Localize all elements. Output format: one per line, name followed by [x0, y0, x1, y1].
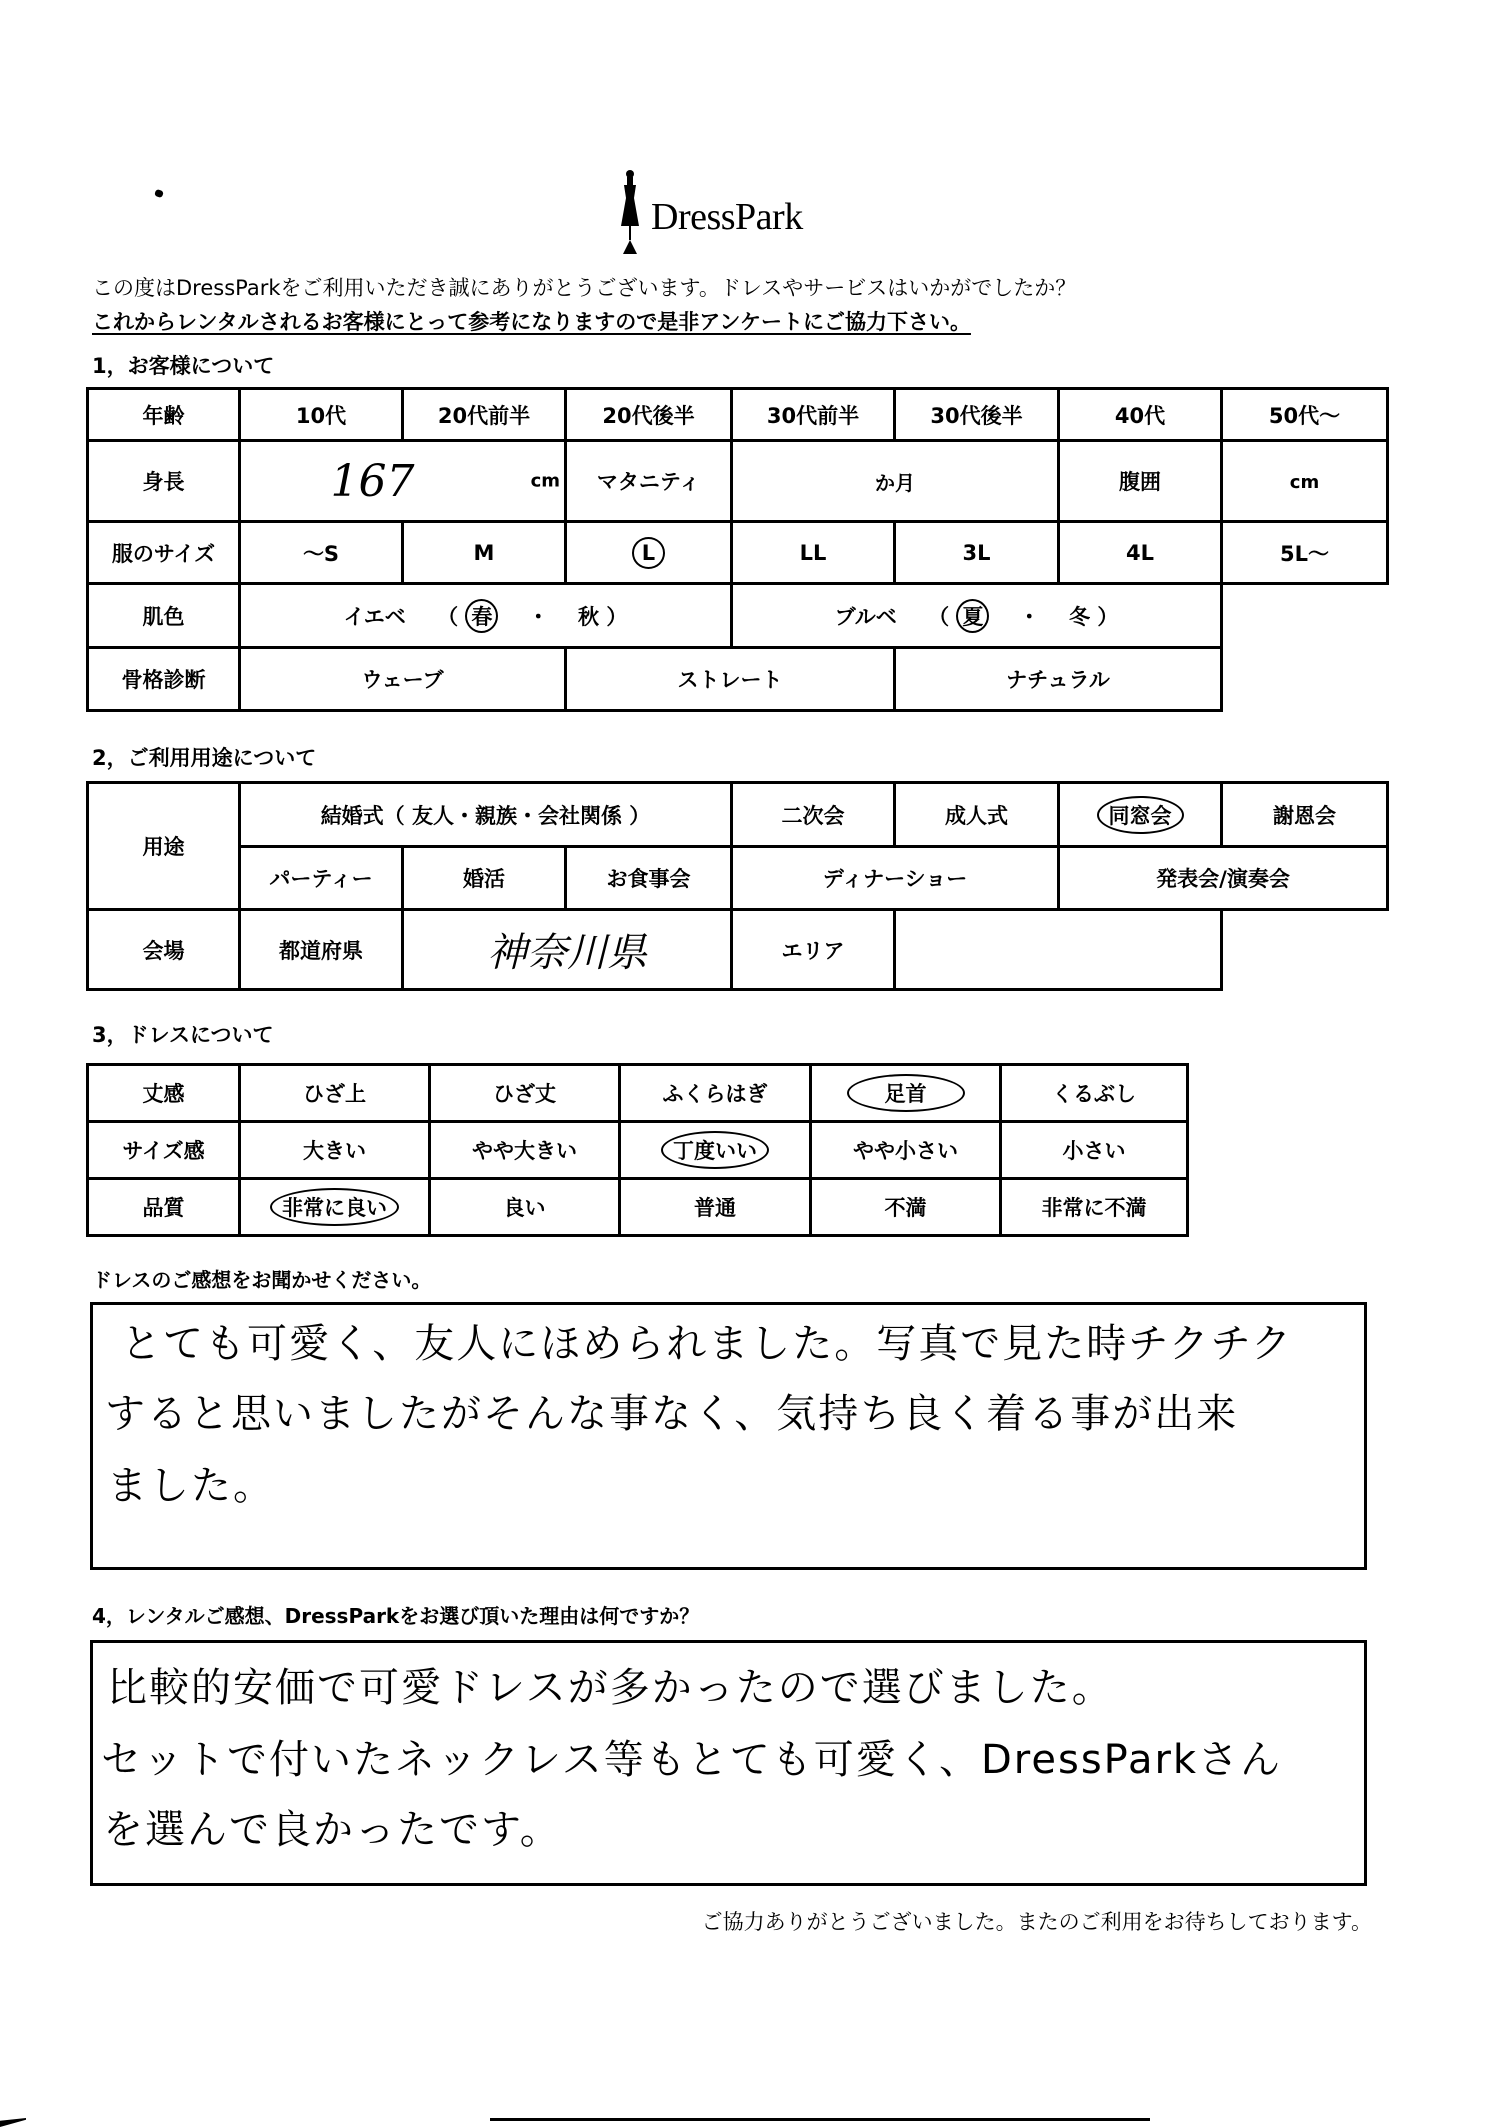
skin-yellow-label: イエベ: [344, 605, 406, 629]
dress-comment-box[interactable]: とても可愛く、友人にほめられました。写真で見た時チクチク すると思いましたがそん…: [90, 1302, 1367, 1570]
purpose-option-selected[interactable]: 同窓会: [1059, 783, 1222, 847]
skin-yellow-option[interactable]: イエベ （ 春 ・ 秋 ）: [240, 584, 732, 648]
purpose-option[interactable]: 婚活: [403, 847, 566, 910]
skin-blue-label: ブルベ: [835, 605, 897, 629]
size-option[interactable]: 3L: [895, 522, 1059, 584]
purpose-option[interactable]: 発表会/演奏会: [1059, 847, 1388, 910]
size-option[interactable]: 5L～: [1222, 522, 1388, 584]
dress-mannequin-icon: [615, 168, 645, 260]
quality-option[interactable]: 普通: [620, 1179, 811, 1236]
quality-option[interactable]: 非常に不満: [1001, 1179, 1188, 1236]
age-option[interactable]: 20代後半: [566, 389, 732, 441]
fit-label: サイズ感: [88, 1122, 240, 1179]
height-unit: cm: [531, 471, 560, 492]
purpose-option[interactable]: 二次会: [732, 783, 895, 847]
selection-circle: 丁度いい: [661, 1131, 769, 1169]
paren-open: （: [437, 605, 458, 629]
purpose-row-1: 用途 結婚式（ 友人・親族・会社関係 ） 二次会 成人式 同窓会 謝恩会: [88, 783, 1388, 847]
purpose-row-2: パーティー 婚活 お食事会 ディナーショー 発表会/演奏会: [88, 847, 1388, 910]
separator: ・: [1019, 605, 1040, 629]
age-option[interactable]: 10代: [240, 389, 403, 441]
size-row: 服のサイズ ～S M L LL 3L 4L 5L～: [88, 522, 1388, 584]
prefecture-value: 神奈川県: [487, 930, 647, 976]
dress-comment-line: すると思いましたがそんな事なく、気持ち良く着る事が出来: [105, 1383, 1238, 1445]
selection-circle: L: [632, 537, 665, 569]
size-option[interactable]: LL: [732, 522, 895, 584]
intro-text: この度はDressParkをご利用いただき誠にありがとうございます。ドレスやサー…: [92, 272, 1076, 302]
quality-option[interactable]: 良い: [430, 1179, 620, 1236]
brand-name: DressPark: [651, 195, 803, 239]
scan-speck: [154, 189, 164, 198]
prefecture-label: 都道府県: [240, 910, 403, 990]
selection-circle: 足首: [847, 1074, 965, 1112]
skin-blue-option[interactable]: ブルベ （ 夏 ・ 冬 ）: [732, 584, 1222, 648]
age-option[interactable]: 50代～: [1222, 389, 1388, 441]
purpose-option[interactable]: お食事会: [566, 847, 732, 910]
area-label: エリア: [732, 910, 895, 990]
section4-heading: 4，レンタルご感想、DressParkをお選び頂いた理由は何ですか？: [92, 1600, 699, 1629]
frame-option[interactable]: ストレート: [566, 648, 895, 711]
purpose-option[interactable]: パーティー: [240, 847, 403, 910]
paren-close: ）: [1097, 605, 1118, 629]
quality-row: 品質 非常に良い 良い 普通 不満 非常に不満: [88, 1179, 1188, 1236]
age-option[interactable]: 30代前半: [732, 389, 895, 441]
quality-label: 品質: [88, 1179, 240, 1236]
scan-edge-mark: [0, 2118, 26, 2127]
age-option[interactable]: 40代: [1059, 389, 1222, 441]
skin-autumn[interactable]: 秋: [578, 605, 599, 629]
section2-heading: 2，ご利用用途について: [92, 742, 316, 772]
skin-label: 肌色: [88, 584, 240, 648]
size-option[interactable]: ～S: [240, 522, 403, 584]
frame-row: 骨格診断 ウェーブ ストレート ナチュラル: [88, 648, 1388, 711]
dress-comment-label: ドレスのご感想をお聞かせください。: [92, 1264, 431, 1293]
maternity-months-unit: か月: [875, 471, 915, 495]
age-row: 年齢 10代 20代前半 20代後半 30代前半 30代後半 40代 50代～: [88, 389, 1388, 441]
reason-line: 比較的安価で可愛ドレスが多かったので選びました。: [107, 1657, 1114, 1719]
fit-option[interactable]: やや大きい: [430, 1122, 620, 1179]
frame-option[interactable]: ナチュラル: [895, 648, 1222, 711]
length-option[interactable]: くるぶし: [1001, 1065, 1188, 1122]
maternity-label: マタニティ: [566, 441, 732, 522]
frame-option[interactable]: ウェーブ: [240, 648, 566, 711]
age-label: 年齢: [88, 389, 240, 441]
brand-logo: DressPark: [615, 168, 803, 260]
reason-box[interactable]: 比較的安価で可愛ドレスが多かったので選びました。 セットで付いたネックレス等もと…: [90, 1640, 1367, 1886]
fit-option[interactable]: やや小さい: [811, 1122, 1001, 1179]
reason-line: を選んで良かったです。: [103, 1799, 562, 1861]
fit-row: サイズ感 大きい やや大きい 丁度いい やや小さい 小さい: [88, 1122, 1188, 1179]
empty-cell: [1222, 584, 1388, 648]
height-field[interactable]: 167 cm: [240, 441, 566, 522]
scan-edge-line: [490, 2118, 1150, 2121]
separator: ・: [528, 605, 549, 629]
dress-comment-line: とても可愛く、友人にほめられました。写真で見た時チクチク: [121, 1313, 1293, 1375]
size-option[interactable]: M: [403, 522, 566, 584]
waist-field[interactable]: cm: [1222, 441, 1388, 522]
skin-summer-selected[interactable]: 夏: [956, 599, 989, 633]
height-value: 167: [331, 456, 415, 507]
section1-heading: 1，お客様について: [92, 350, 274, 380]
length-option[interactable]: ふくらはぎ: [620, 1065, 811, 1122]
area-field[interactable]: [895, 910, 1222, 990]
paren-open: （: [928, 605, 949, 629]
venue-label: 会場: [88, 910, 240, 990]
length-option[interactable]: ひざ上: [240, 1065, 430, 1122]
purpose-option[interactable]: 成人式: [895, 783, 1059, 847]
usage-table: 用途 結婚式（ 友人・親族・会社関係 ） 二次会 成人式 同窓会 謝恩会 パーテ…: [86, 781, 1389, 991]
size-option-selected[interactable]: L: [566, 522, 732, 584]
length-row: 丈感 ひざ上 ひざ丈 ふくらはぎ 足首 くるぶし: [88, 1065, 1188, 1122]
intro-request: これからレンタルされるお客様にとって参考になりますので是非アンケートにご協力下さ…: [92, 306, 971, 336]
dress-table: 丈感 ひざ上 ひざ丈 ふくらはぎ 足首 くるぶし サイズ感 大きい やや大きい …: [86, 1063, 1189, 1237]
quality-option-selected[interactable]: 非常に良い: [240, 1179, 430, 1236]
selection-circle: 非常に良い: [270, 1188, 399, 1226]
age-option[interactable]: 20代前半: [403, 389, 566, 441]
empty-cell: [1222, 910, 1388, 990]
quality-option[interactable]: 不満: [811, 1179, 1001, 1236]
height-row: 身長 167 cm マタニティ か月 腹囲 cm: [88, 441, 1388, 522]
maternity-field[interactable]: か月: [732, 441, 1059, 522]
skin-winter[interactable]: 冬: [1069, 605, 1090, 629]
purpose-option[interactable]: 謝恩会: [1222, 783, 1388, 847]
section3-heading: 3，ドレスについて: [92, 1019, 274, 1049]
frame-label: 骨格診断: [88, 648, 240, 711]
skin-spring-selected[interactable]: 春: [465, 599, 498, 633]
purpose-option[interactable]: ディナーショー: [732, 847, 1059, 910]
customer-table: 年齢 10代 20代前半 20代後半 30代前半 30代後半 40代 50代～ …: [86, 387, 1389, 712]
size-label: 服のサイズ: [88, 522, 240, 584]
purpose-label: 用途: [88, 783, 240, 910]
prefecture-field[interactable]: 神奈川県: [403, 910, 732, 990]
selection-circle: 同窓会: [1097, 796, 1184, 834]
size-option[interactable]: 4L: [1059, 522, 1222, 584]
waist-unit: cm: [1290, 472, 1319, 493]
length-label: 丈感: [88, 1065, 240, 1122]
purpose-option[interactable]: 結婚式（ 友人・親族・会社関係 ）: [240, 783, 732, 847]
age-option[interactable]: 30代後半: [895, 389, 1059, 441]
paren-close: ）: [606, 605, 627, 629]
thank-you-footer: ご協力ありがとうございました。またのご利用をお待ちしております。: [702, 1906, 1372, 1936]
waist-label: 腹囲: [1059, 441, 1222, 522]
height-label: 身長: [88, 441, 240, 522]
venue-row: 会場 都道府県 神奈川県 エリア: [88, 910, 1388, 990]
length-option[interactable]: ひざ丈: [430, 1065, 620, 1122]
fit-option[interactable]: 大きい: [240, 1122, 430, 1179]
dress-comment-line: ました。: [107, 1455, 275, 1517]
fit-option-selected[interactable]: 丁度いい: [620, 1122, 811, 1179]
fit-option[interactable]: 小さい: [1001, 1122, 1188, 1179]
length-option-selected[interactable]: 足首: [811, 1065, 1001, 1122]
skin-row: 肌色 イエベ （ 春 ・ 秋 ） ブルベ （ 夏 ・ 冬 ）: [88, 584, 1388, 648]
empty-cell: [1222, 648, 1388, 711]
reason-line: セットで付いたネックレス等もとても可愛く、DressParkさん: [101, 1729, 1282, 1791]
